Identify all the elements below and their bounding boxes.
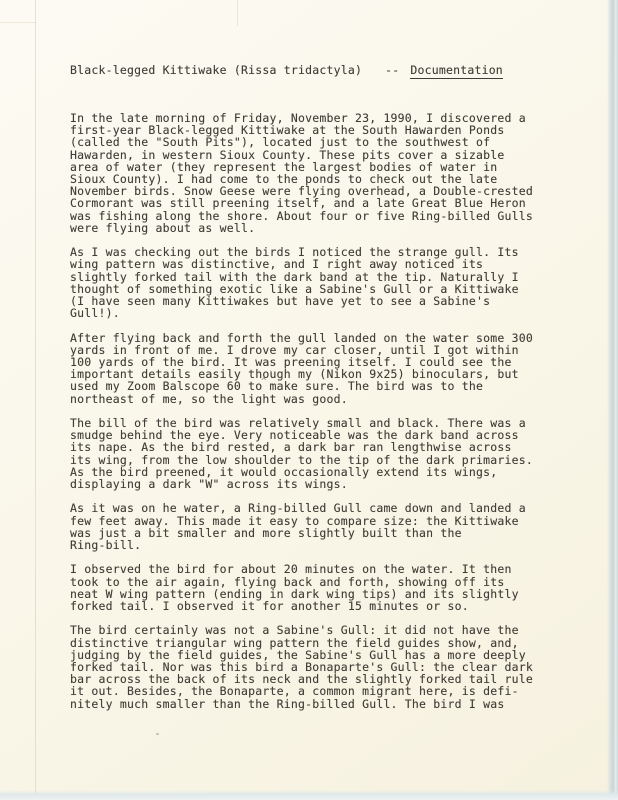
scan-edge-bottom (0, 790, 618, 800)
paper-crease-vertical-left (35, 0, 36, 800)
scan-edge-right (607, 0, 618, 800)
paragraph-2: As I was checking out the birds I notice… (70, 246, 556, 319)
title-separator: -- (385, 63, 399, 77)
scanned-page: Black-legged Kittiwake (Rissa tridactyla… (0, 0, 618, 800)
paper-crease-vertical-top (237, 0, 238, 26)
paragraph-5: As it was on he water, a Ring-billed Gul… (70, 502, 556, 551)
paragraph-3: After flying back and forth the gull lan… (70, 332, 556, 405)
paragraph-4: The bill of the bird was relatively smal… (70, 417, 556, 490)
document-body: In the late morning of Friday, November … (70, 112, 556, 722)
paper-crease-horizontal (0, 22, 36, 23)
paragraph-7: The bird certainly was not a Sabine's Gu… (70, 624, 556, 709)
document-title: Black-legged Kittiwake (Rissa tridactyla… (70, 64, 503, 77)
pencil-caret-mark: ^ (261, 378, 266, 387)
paragraph-6: I observed the bird for about 20 minutes… (70, 563, 556, 612)
title-species: Black-legged Kittiwake (Rissa tridactyla… (70, 63, 362, 77)
paragraph-1: In the late morning of Friday, November … (70, 112, 556, 234)
paper-smudge-dot (156, 733, 159, 735)
pencil-insertion-mark: ' (268, 371, 273, 380)
title-documentation-underlined: Documentation (410, 63, 503, 79)
